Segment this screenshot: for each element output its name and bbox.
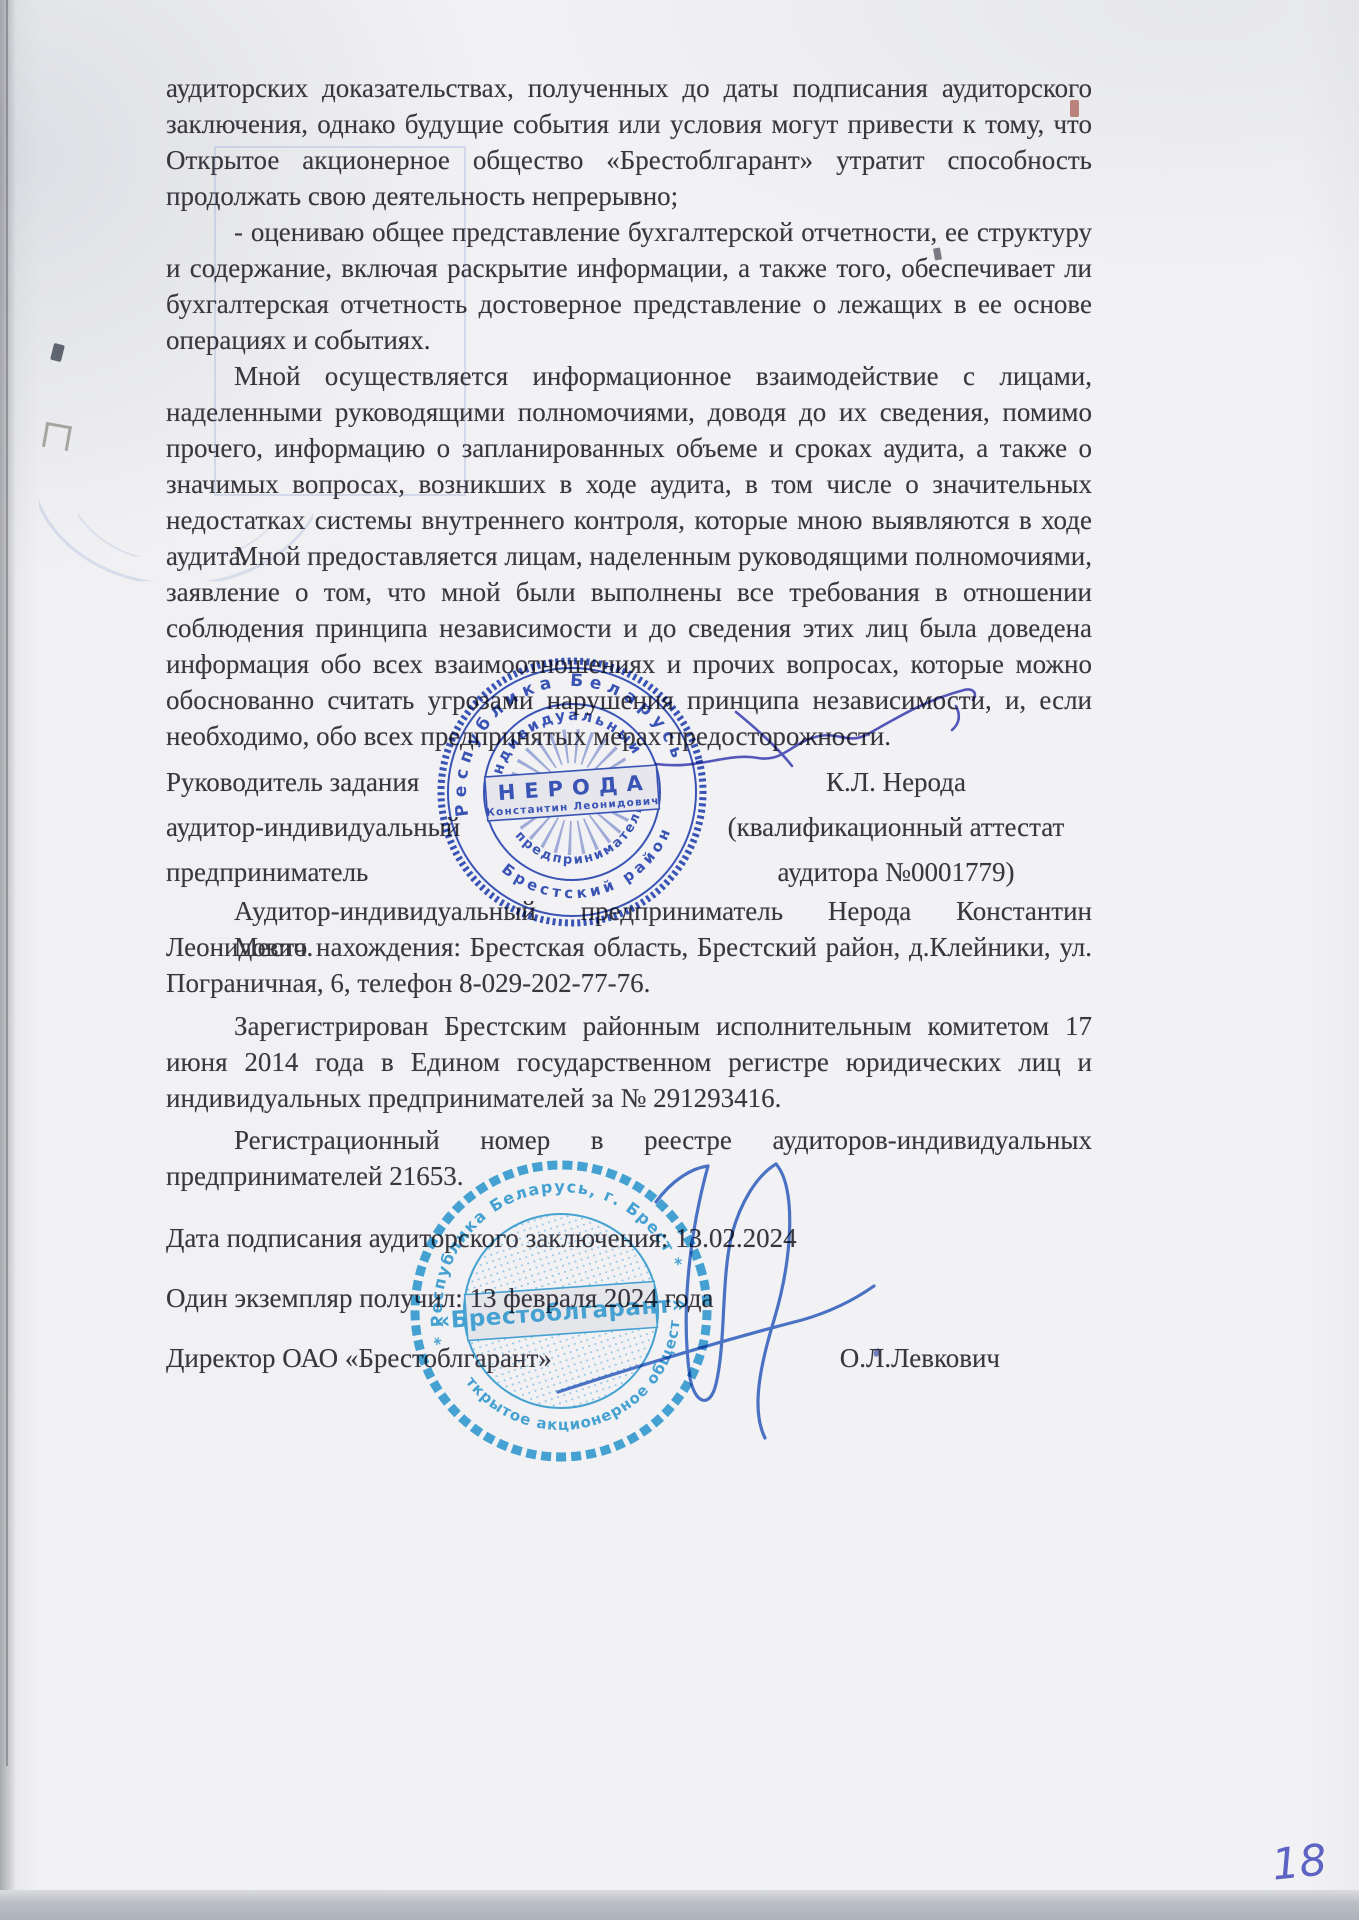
left-edge-shadow — [0, 0, 16, 1920]
page-number-handwritten: 18 — [1270, 1835, 1330, 1890]
details-paragraph-4: Регистрационный номер в реестре аудиторо… — [166, 1122, 1092, 1194]
attestation-line: (квалификационный аттестат — [706, 805, 1086, 850]
paragraph-text: Регистрационный номер в реестре аудиторо… — [166, 1122, 1092, 1194]
signatory-name: К.Л. Нерода — [706, 760, 1086, 805]
details-paragraph-3: Зарегистрирован Брестским районным испол… — [166, 1008, 1092, 1116]
body-paragraph-2: - оцениваю общее представление бухгалтер… — [166, 214, 1092, 358]
line-text: Один экземпляр получил: 13 февраля 2024 … — [166, 1280, 1092, 1316]
paragraph-text: аудиторских доказательствах, полученных … — [166, 70, 1092, 214]
attestation-line: аудитора №0001779) — [706, 850, 1086, 895]
paragraph-text: Место нахождения: Брестская область, Бре… — [166, 929, 1092, 1001]
copy-received-line: Один экземпляр получил: 13 февраля 2024 … — [166, 1280, 1092, 1316]
left-edge-line — [6, 0, 8, 1766]
signing-date-line: Дата подписания аудиторского заключения:… — [166, 1220, 1092, 1256]
paragraph-text: - оцениваю общее представление бухгалтер… — [166, 214, 1092, 358]
staple-mark — [42, 422, 72, 451]
signatory-name-attestation: К.Л. Нерода (квалификационный аттестат а… — [706, 760, 1092, 895]
line-text: Дата подписания аудиторского заключения:… — [166, 1220, 1092, 1256]
director-name: О.Л.Левкович — [840, 1340, 1092, 1376]
ink-mark-left-edge — [50, 343, 65, 362]
body-paragraph-1: аудиторских доказательствах, полученных … — [166, 70, 1092, 214]
signature-block: Руководитель задания аудитор-индивидуаль… — [166, 760, 1092, 895]
role-line: Руководитель задания — [166, 760, 596, 805]
bottom-scan-edge — [0, 1890, 1359, 1920]
signatory-role: Руководитель задания аудитор-индивидуаль… — [166, 760, 596, 895]
director-line: Директор ОАО «Брестоблгарант» О.Л.Левков… — [166, 1340, 1092, 1376]
director-title: Директор ОАО «Брестоблгарант» — [166, 1340, 552, 1376]
details-paragraph-2: Место нахождения: Брестская область, Бре… — [166, 929, 1092, 1001]
body-paragraph-4: Мной предоставляется лицам, наделенным р… — [166, 538, 1092, 754]
paragraph-text: Зарегистрирован Брестским районным испол… — [166, 1008, 1092, 1116]
role-line: аудитор-индивидуальный — [166, 805, 596, 850]
role-line: предприниматель — [166, 850, 596, 895]
scanned-document-page: аудиторских доказательствах, полученных … — [0, 0, 1359, 1920]
paragraph-text: Мной предоставляется лицам, наделенным р… — [166, 538, 1092, 754]
